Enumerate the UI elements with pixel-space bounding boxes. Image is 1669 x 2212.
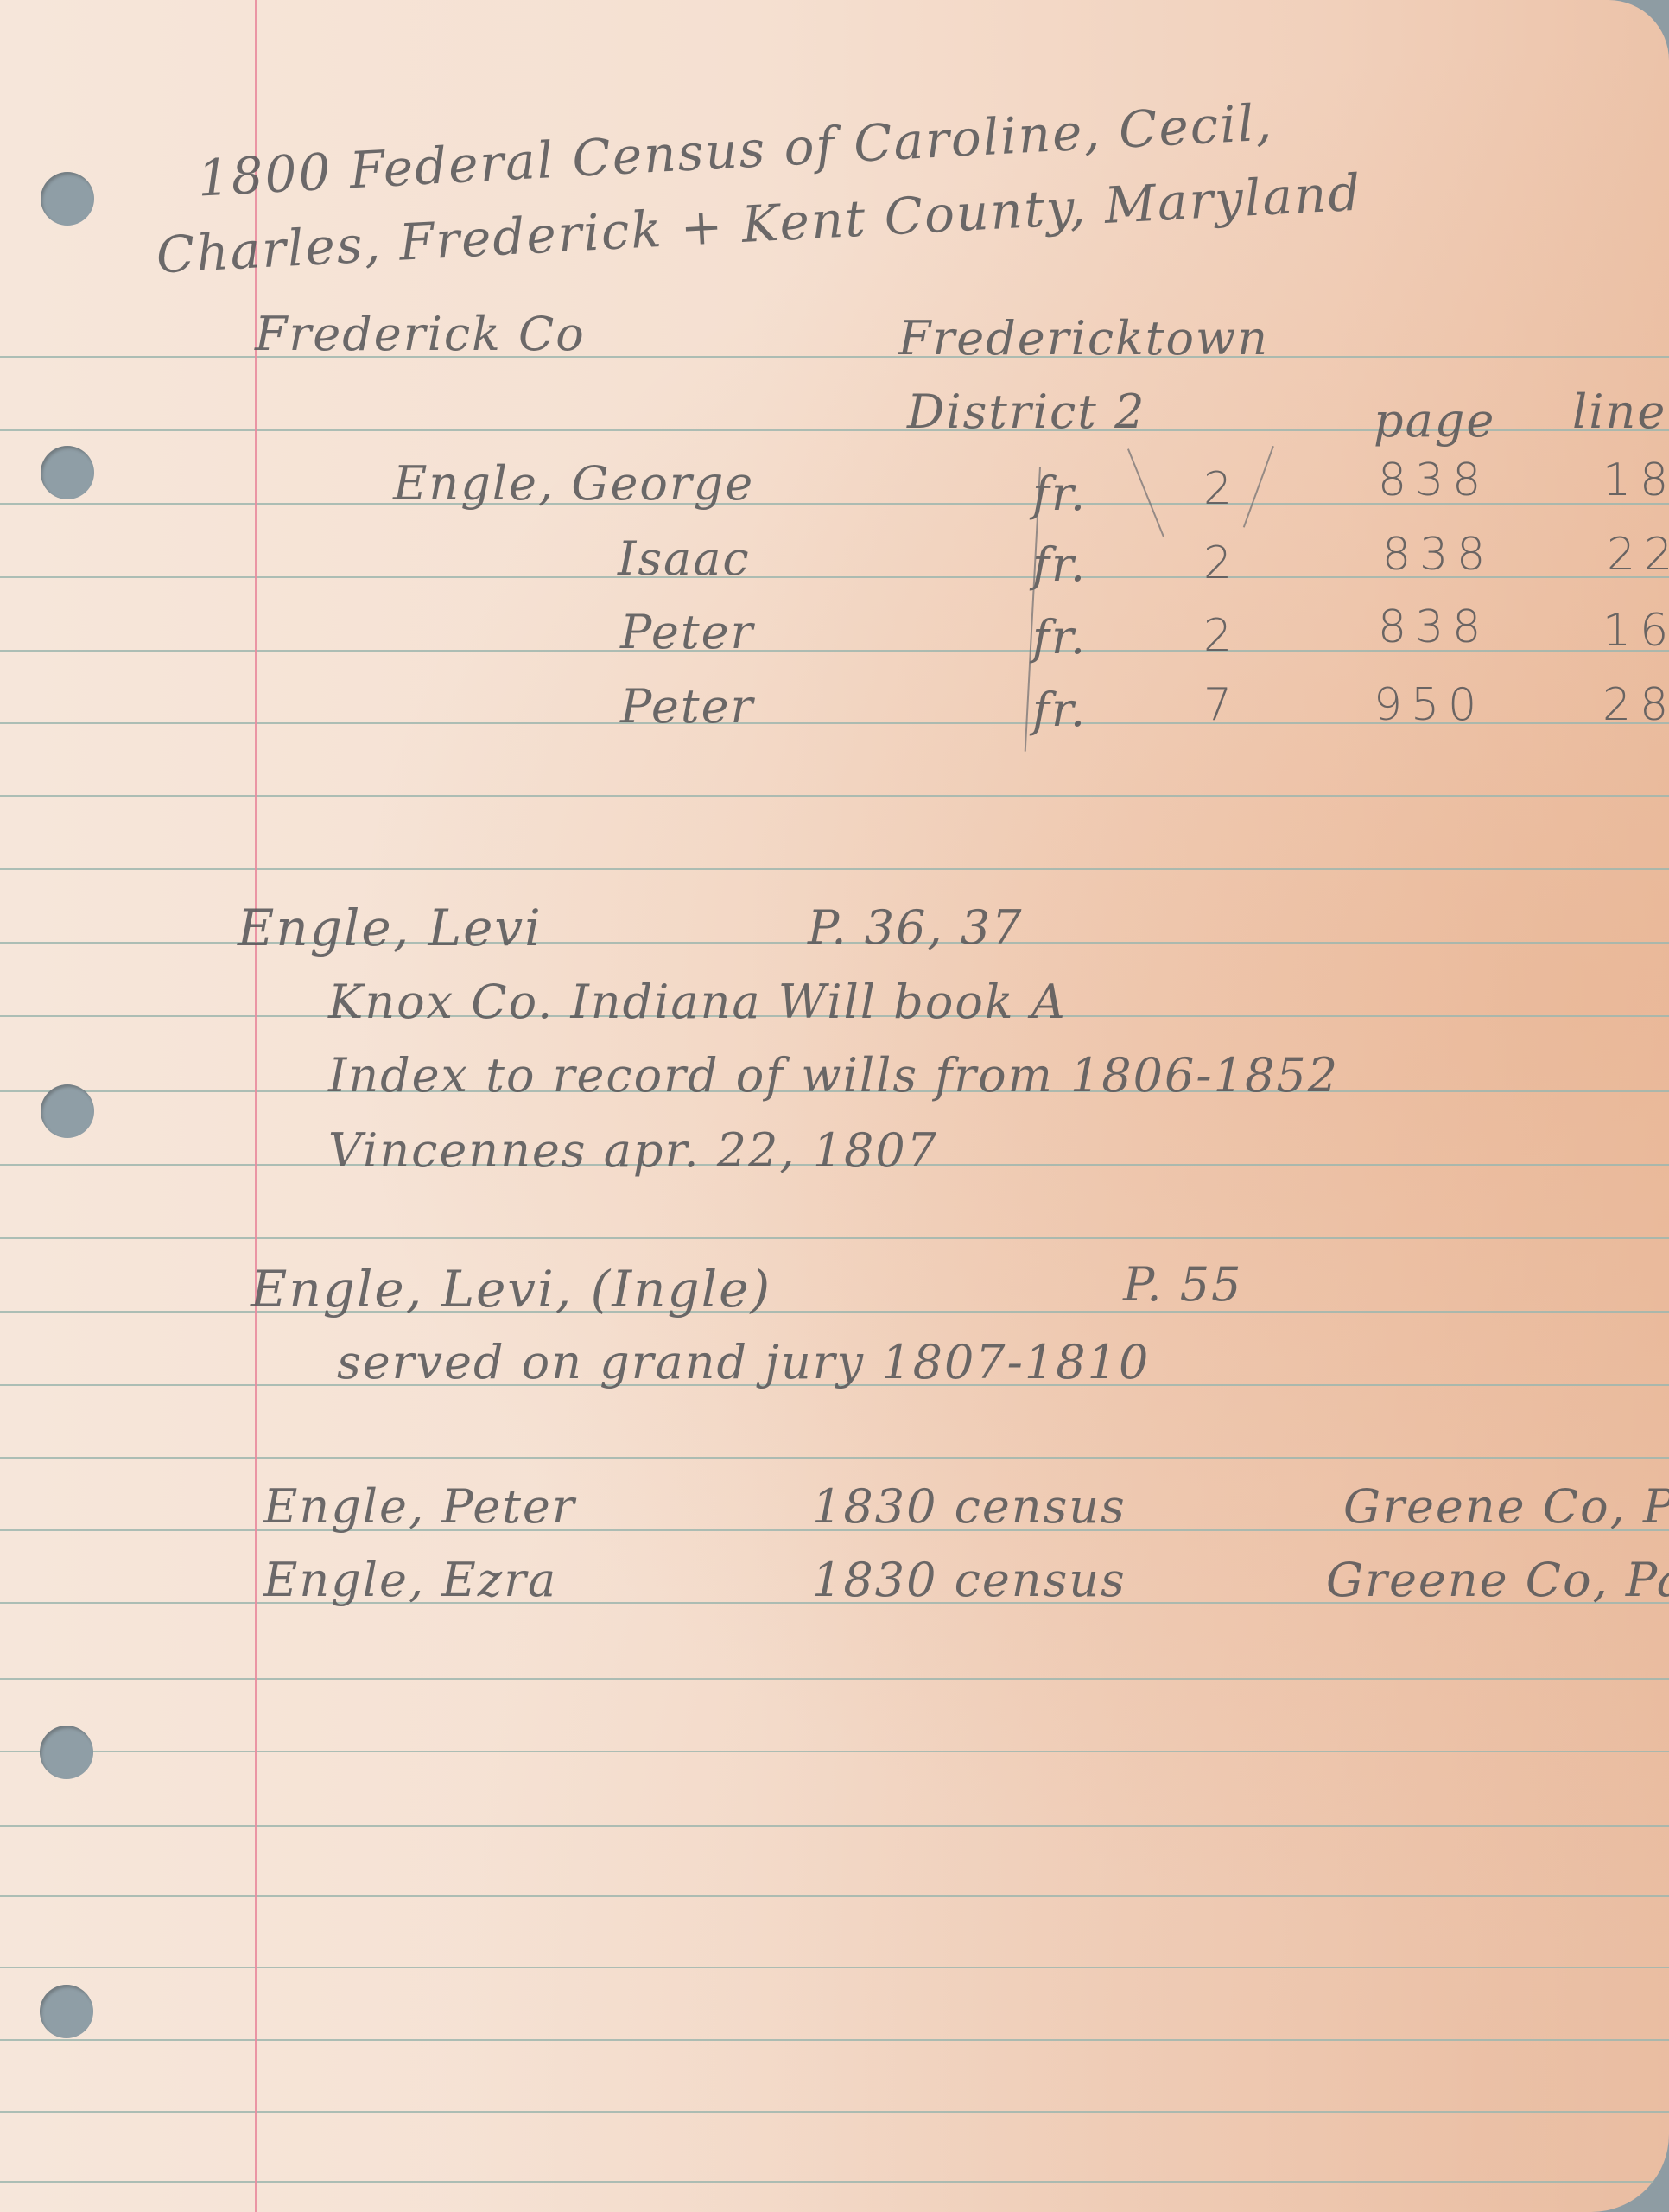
column-header-line: line	[1572, 385, 1666, 439]
binder-hole	[40, 1726, 93, 1779]
row-page: 838	[1378, 454, 1489, 506]
row-name: Isaac	[618, 531, 751, 586]
notebook-page: 1800 Federal Census of Caroline, Cecil, …	[0, 0, 1669, 2212]
row-name: Engle, George	[393, 456, 754, 511]
entry-line: served on grand jury 1807-1810	[337, 1335, 1150, 1389]
entry-ref: P. 55	[1123, 1257, 1242, 1312]
town-label: Fredericktown	[898, 311, 1269, 365]
row-page: 838	[1382, 529, 1494, 581]
row-district: 2	[1203, 463, 1241, 515]
rule-line	[0, 1751, 1669, 1752]
row-abbr: fr.	[1032, 610, 1087, 664]
rule-line	[0, 2181, 1669, 2183]
rule-line	[0, 795, 1669, 797]
row-name: Engle, Peter	[263, 1479, 576, 1534]
rule-line	[0, 2111, 1669, 2113]
row-note: 1830 census	[812, 1479, 1126, 1534]
row-district: 7	[1203, 679, 1241, 731]
entry-line: Index to record of wills from 1806-1852	[328, 1048, 1339, 1103]
rule-line	[0, 1967, 1669, 1968]
entry-line: Knox Co. Indiana Will book A	[328, 975, 1067, 1029]
rule-line	[0, 2039, 1669, 2041]
rule-line	[0, 1678, 1669, 1680]
entry-line: Vincennes apr. 22, 1807	[328, 1123, 938, 1178]
rule-line	[0, 1895, 1669, 1897]
rule-line	[0, 1237, 1669, 1239]
row-abbr: fr.	[1032, 537, 1087, 592]
check-mark-stroke	[1127, 448, 1164, 537]
county-label: Frederick Co	[255, 307, 586, 361]
rule-line	[0, 868, 1669, 870]
row-line: 16	[1602, 605, 1669, 657]
entry-title: Engle, Levi, (Ingle)	[251, 1260, 771, 1319]
rule-line	[0, 356, 1669, 358]
rule-line	[0, 1457, 1669, 1459]
row-page: 838	[1378, 601, 1489, 653]
rule-line	[0, 1825, 1669, 1827]
binder-hole	[41, 1084, 94, 1138]
entry-ref: P. 36, 37	[808, 900, 1023, 955]
district-label: District 2	[907, 385, 1146, 439]
binder-hole	[40, 1985, 93, 2038]
entry-title: Engle, Levi	[238, 899, 543, 957]
row-name: Peter	[620, 679, 754, 734]
row-abbr: fr.	[1032, 683, 1087, 737]
row-line: 18	[1602, 454, 1669, 506]
row-district: 2	[1203, 537, 1241, 589]
check-mark-stroke	[1243, 446, 1274, 528]
row-place: Greene Co, Pa.	[1326, 1553, 1669, 1607]
row-district: 2	[1203, 610, 1241, 662]
column-header-page: page	[1374, 393, 1495, 448]
row-line: 28	[1602, 679, 1669, 731]
row-name: Peter	[620, 605, 754, 659]
row-place: Greene Co, Pa.	[1343, 1479, 1669, 1534]
row-name: Engle, Ezra	[263, 1553, 557, 1607]
binder-hole	[41, 446, 94, 499]
row-page: 950	[1374, 679, 1485, 731]
row-line: 22	[1607, 529, 1669, 581]
binder-hole	[41, 172, 94, 226]
row-note: 1830 census	[812, 1553, 1126, 1607]
